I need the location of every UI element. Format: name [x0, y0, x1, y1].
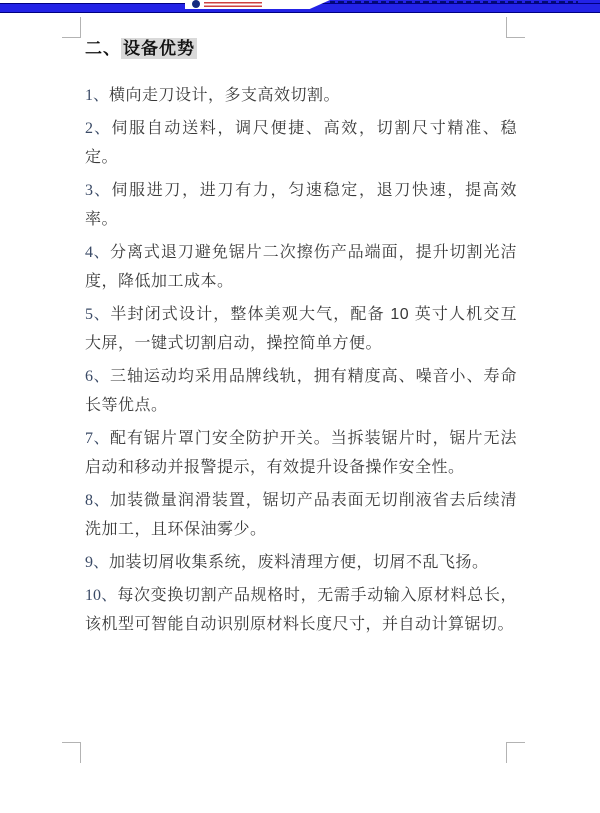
list-item: 8、加装微量润滑装置，锯切产品表面无切削液省去后续清洗加工，且环保油雾少。 — [85, 486, 517, 544]
company-logo-icon — [192, 0, 200, 8]
item-number: 5、 — [85, 306, 110, 323]
item-text: 加装微量润滑装置，锯切产品表面无切削液省去后续清洗加工，且环保油雾少。 — [85, 492, 517, 538]
list-item: 9、加装切屑收集系统，废料清理方便，切屑不乱飞扬。 — [85, 548, 517, 577]
item-text: 配有锯片罩门安全防护开关。当拆装锯片时，锯片无法启动和移动并报警提示，有效提升设… — [85, 430, 517, 476]
list-item: 2、伺服自动送料，调尺便捷、高效，切割尺寸精准、稳定。 — [85, 114, 517, 172]
item-number: 8、 — [85, 492, 110, 509]
item-text: 每次变换切割产品规格时，无需手动输入原材料总长，该机型可智能自动识别原材料长度尺… — [85, 587, 517, 633]
title-prefix: 二、 — [85, 39, 121, 58]
letterhead-header — [0, 0, 600, 14]
item-number: 6、 — [85, 368, 110, 385]
logo-caption-marks — [204, 2, 262, 7]
list-item: 5、半封闭式设计，整体美观大气，配备 10 英寸人机交互大屏，一键式切割启动，操… — [85, 300, 517, 358]
item-number: 2、 — [85, 120, 111, 137]
list-item: 10、每次变换切割产品规格时，无需手动输入原材料总长，该机型可智能自动识别原材料… — [85, 581, 517, 639]
item-text: 伺服进刀，进刀有力，匀速稳定，退刀快速，提高效率。 — [85, 182, 517, 228]
document-page: 二、设备优势 1、横向走刀设计，多支高效切割。 2、伺服自动送料，调尺便捷、高效… — [0, 0, 600, 813]
text-boundary-mark-top-right — [506, 17, 525, 38]
text-boundary-mark-bottom-left — [62, 742, 81, 763]
list-item: 1、横向走刀设计，多支高效切割。 — [85, 81, 517, 110]
item-text: 分离式退刀避免锯片二次擦伤产品端面，提升切割光洁度，降低加工成本。 — [85, 244, 517, 290]
item-number: 7、 — [85, 430, 110, 447]
item-number: 9、 — [85, 554, 109, 571]
item-text: 三轴运动均采用品牌线轨，拥有精度高、噪音小、寿命长等优点。 — [85, 368, 517, 414]
list-item: 4、分离式退刀避免锯片二次擦伤产品端面，提升切割光洁度，降低加工成本。 — [85, 238, 517, 296]
item-text: 半封闭式设计，整体美观大气，配备 10 英寸人机交互大屏，一键式切割启动，操控简… — [85, 306, 517, 352]
list-item: 6、三轴运动均采用品牌线轨，拥有精度高、噪音小、寿命长等优点。 — [85, 362, 517, 420]
item-text: 横向走刀设计，多支高效切割。 — [109, 87, 340, 104]
item-number: 1、 — [85, 87, 109, 104]
item-text: 加装切屑收集系统，废料清理方便，切屑不乱飞扬。 — [109, 554, 489, 571]
list-item: 7、配有锯片罩门安全防护开关。当拆装锯片时，锯片无法启动和移动并报警提示，有效提… — [85, 424, 517, 482]
page-title: 二、设备优势 — [85, 38, 517, 60]
title-highlighted-text: 设备优势 — [121, 38, 197, 59]
item-number: 4、 — [85, 244, 110, 261]
item-text: 伺服自动送料，调尺便捷、高效，切割尺寸精准、稳定。 — [85, 120, 517, 166]
item-number: 10、 — [85, 587, 117, 604]
item-number: 3、 — [85, 182, 111, 199]
list-item: 3、伺服进刀，进刀有力，匀速稳定，退刀快速，提高效率。 — [85, 176, 517, 234]
text-boundary-mark-top-left — [62, 17, 81, 38]
document-content: 二、设备优势 1、横向走刀设计，多支高效切割。 2、伺服自动送料，调尺便捷、高效… — [85, 38, 517, 643]
text-boundary-mark-bottom-right — [506, 742, 525, 763]
letterhead-white-banner — [185, 0, 330, 9]
